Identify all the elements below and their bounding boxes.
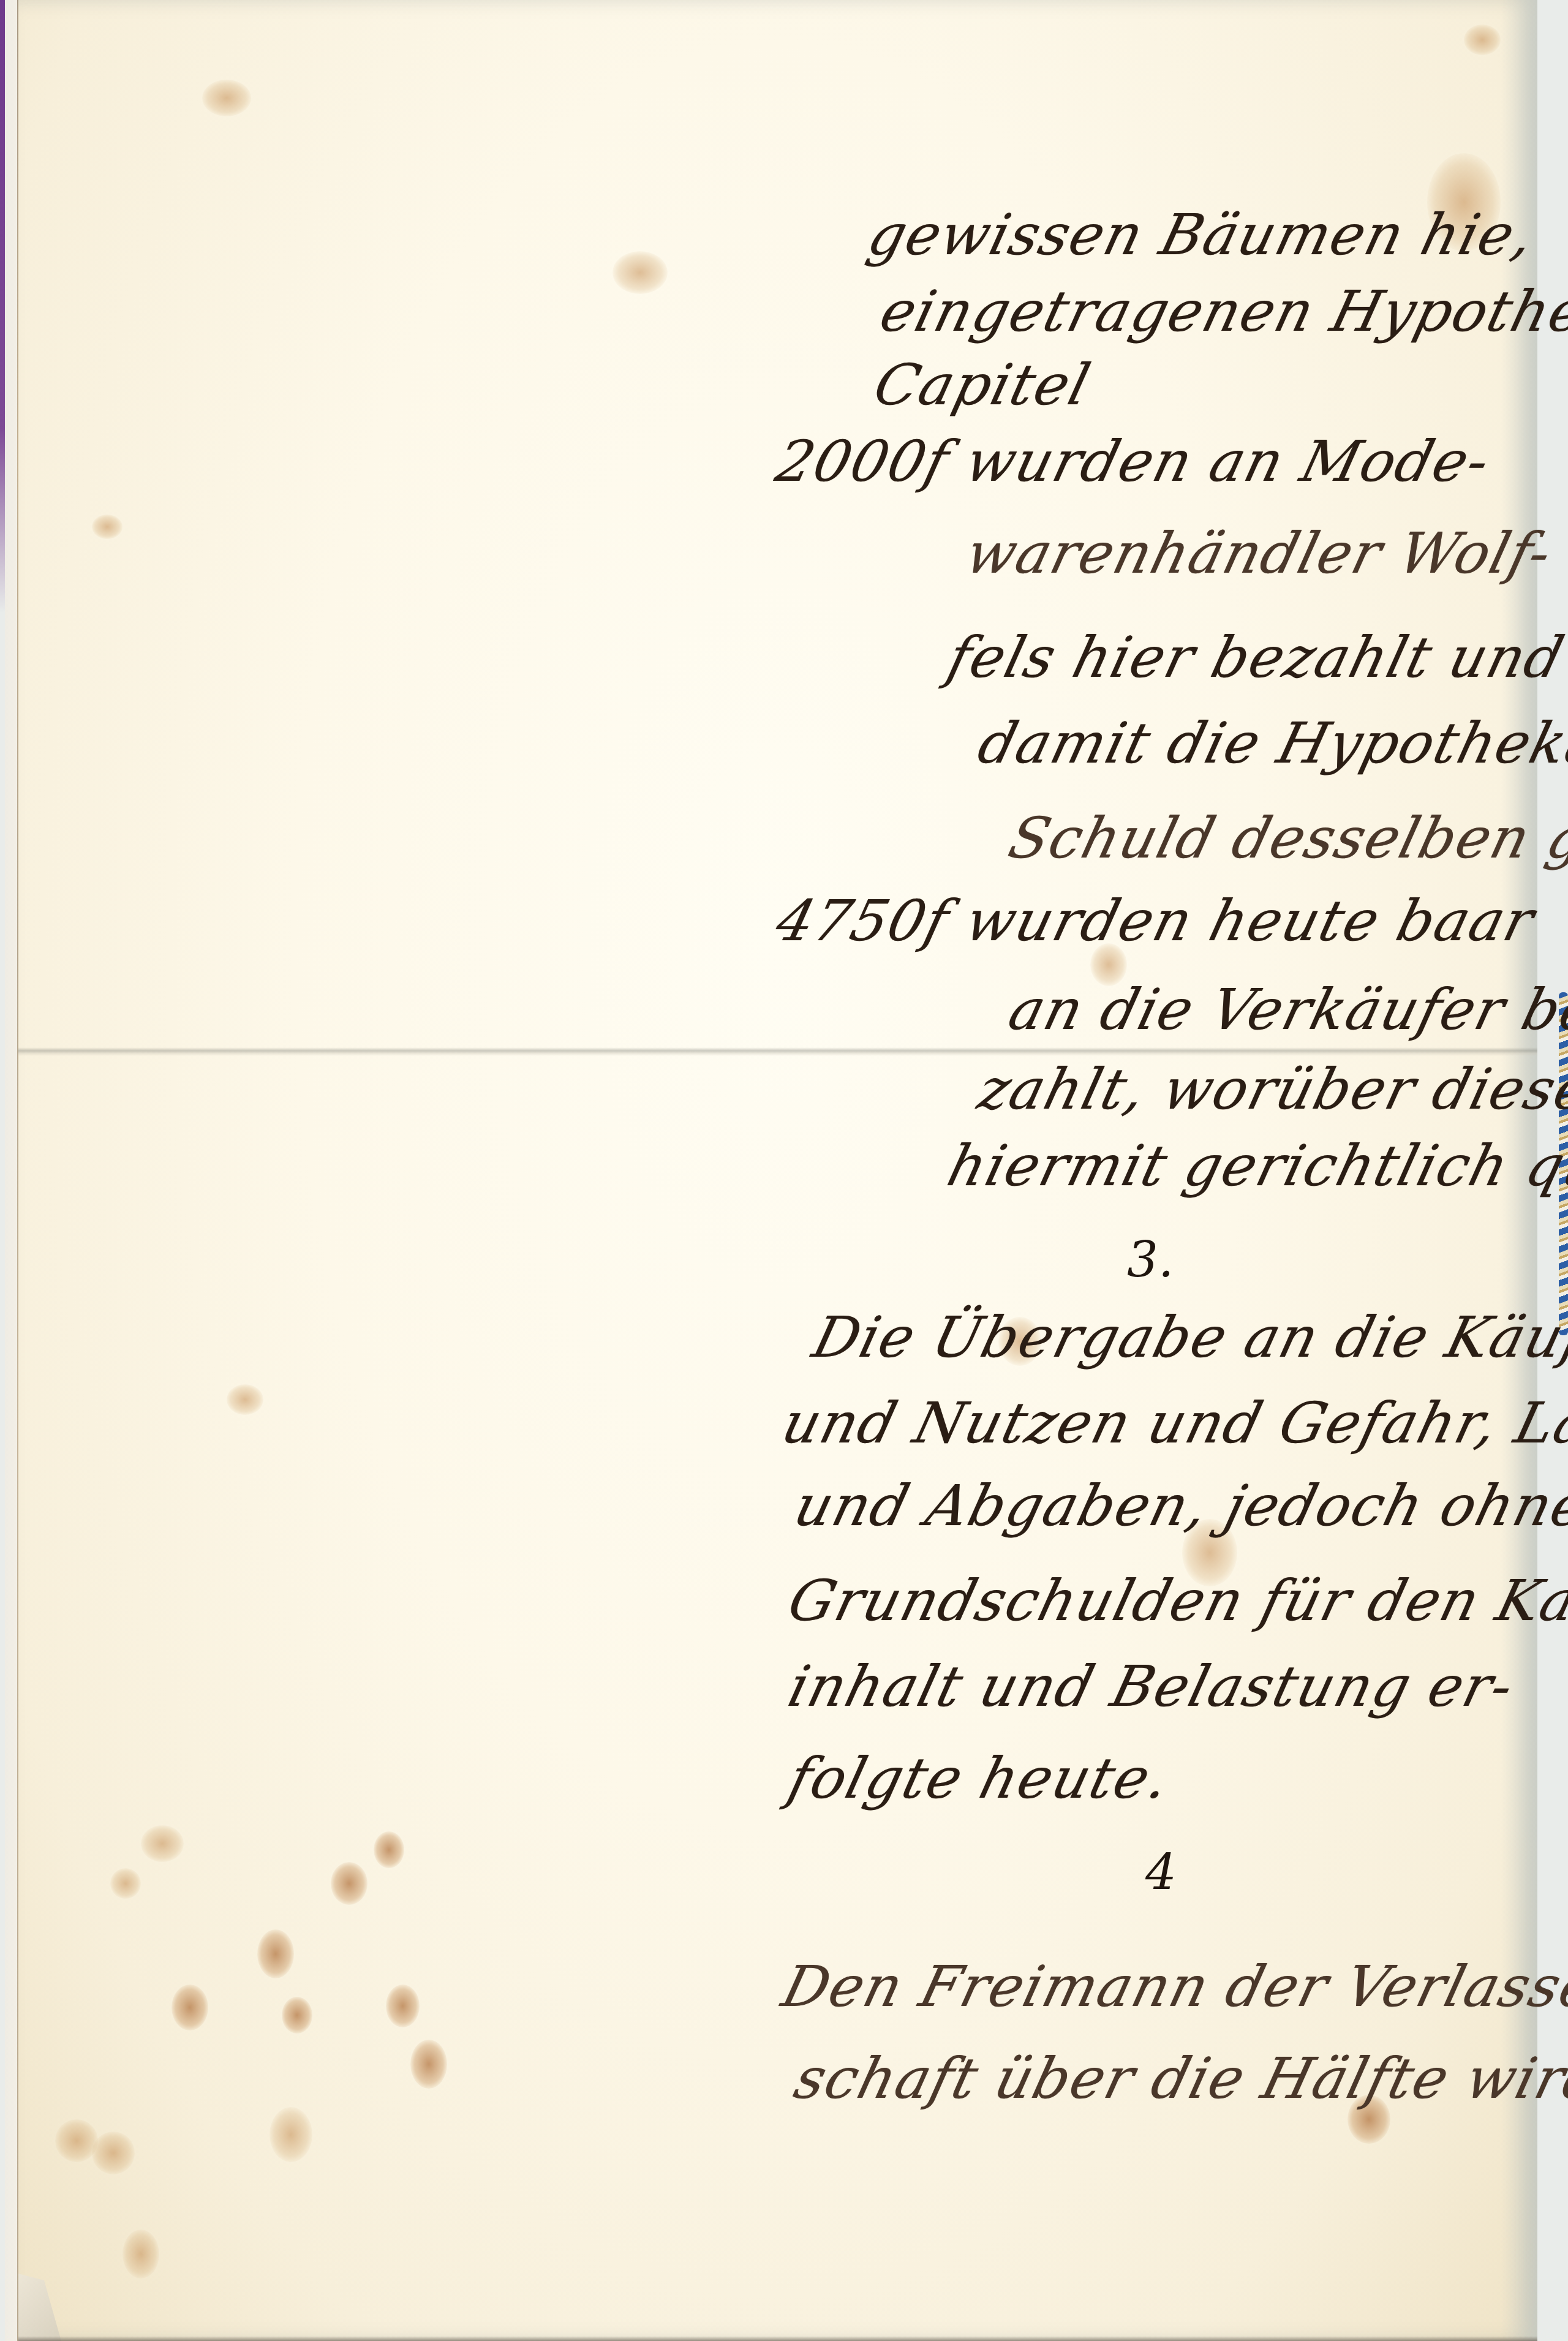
section-number: 3. — [1127, 1231, 1174, 1288]
handwritten-line: inhalt und Belastung er- — [782, 1654, 1521, 1719]
handwritten-line: gewissen Bäumen hie, — [862, 202, 1542, 268]
handwritten-line: und Abgaben, jedoch ohne — [788, 1473, 1568, 1539]
foxing-stain — [110, 1868, 141, 1899]
folded-page-corner — [18, 2274, 61, 2341]
foxing-stain — [202, 80, 251, 116]
binding-strip — [5, 0, 18, 2341]
foxing-stain — [227, 1384, 263, 1415]
handwritten-line: eingetragenen Hypothek — [874, 279, 1568, 344]
foxing-stain — [171, 1985, 208, 2030]
handwritten-line: warenhändler Wolf- — [960, 521, 1559, 586]
handwritten-line: Den Freimann der Verlassen- — [776, 1954, 1568, 2019]
foxing-stain — [612, 251, 668, 294]
foxing-stain — [123, 2230, 159, 2279]
foxing-stain — [282, 1997, 312, 2034]
paper-bottom-edge — [18, 2336, 1537, 2341]
foxing-stain — [92, 515, 123, 539]
handwritten-line: 4750f wurden heute baar — [770, 888, 1542, 954]
handwritten-line: folgte heute. — [782, 1746, 1177, 1811]
handwritten-line: Grundschulden für den Kaufs- — [782, 1568, 1568, 1634]
handwritten-line: Schuld desselben getilgt — [1003, 805, 1568, 871]
handwritten-line: und Nutzen und Gefahr, Lasten — [776, 1390, 1568, 1456]
handwritten-line: zahlt, worüber dieselben — [972, 1057, 1568, 1122]
binding-edge-purple — [0, 0, 5, 613]
foxing-stain — [410, 2040, 447, 2089]
foxing-stain — [257, 1929, 294, 1978]
handwritten-line: an die Verkäufer be- — [1003, 977, 1568, 1042]
handwritten-line: Die Übergabe an die Käufer — [807, 1305, 1568, 1370]
handwritten-line: hiermit gerichtlich quittiren — [941, 1133, 1568, 1199]
handwritten-line: 2000f wurden an Mode- — [770, 429, 1497, 494]
handwritten-line: Capitel — [868, 352, 1098, 418]
foxing-stain — [374, 1831, 404, 1868]
handwritten-line: damit die Hypothekar- — [972, 711, 1568, 776]
foxing-stain — [331, 1862, 367, 1905]
horizontal-fold-line — [18, 1047, 1537, 1056]
foxing-stain — [141, 1825, 184, 1862]
foxing-stain — [386, 1985, 420, 2027]
document-scan: gewissen Bäumen hie, eingetragenen Hypot… — [0, 0, 1568, 2341]
foxing-stain — [92, 2132, 135, 2174]
foxing-stain — [269, 2107, 312, 2162]
section-number: 4 — [1145, 1844, 1177, 1901]
handwritten-line: fels hier bezahlt und — [941, 625, 1568, 690]
handwritten-line: schaft über die Hälfte wird — [788, 2046, 1568, 2111]
foxing-stain — [1464, 25, 1501, 55]
